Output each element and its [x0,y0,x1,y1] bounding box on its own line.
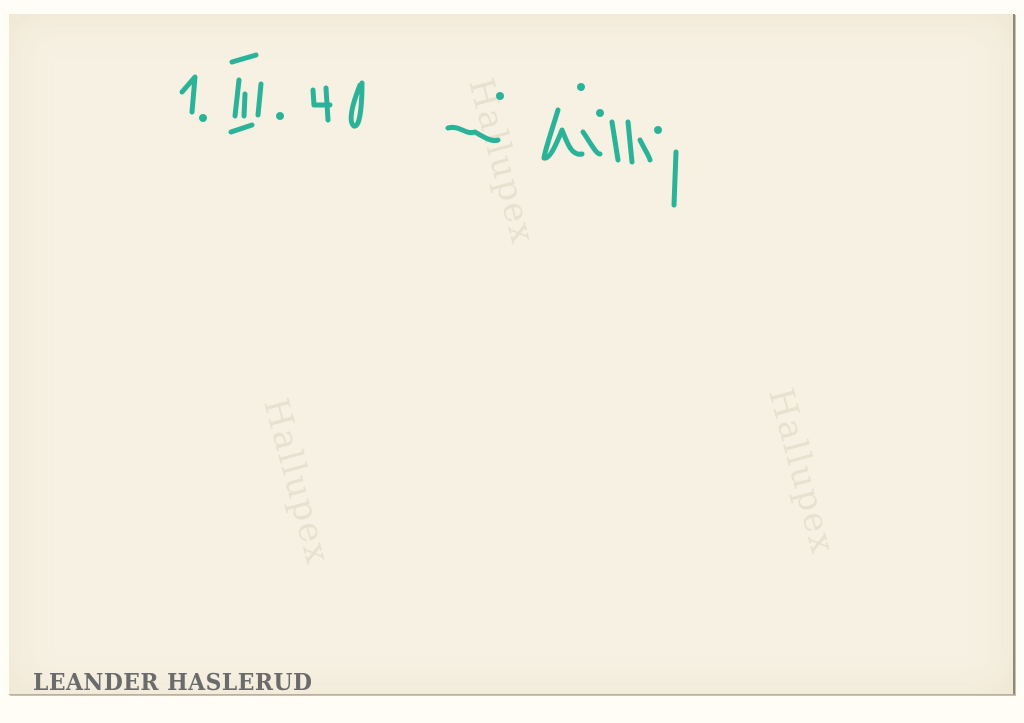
handwritten-date [170,50,380,145]
show-through-text: Hallupex [760,384,843,559]
photographer-watermark: LEANDER HASLERUD [33,669,312,696]
handwritten-signature [440,70,690,210]
show-through-text: Hallupex [255,394,338,569]
